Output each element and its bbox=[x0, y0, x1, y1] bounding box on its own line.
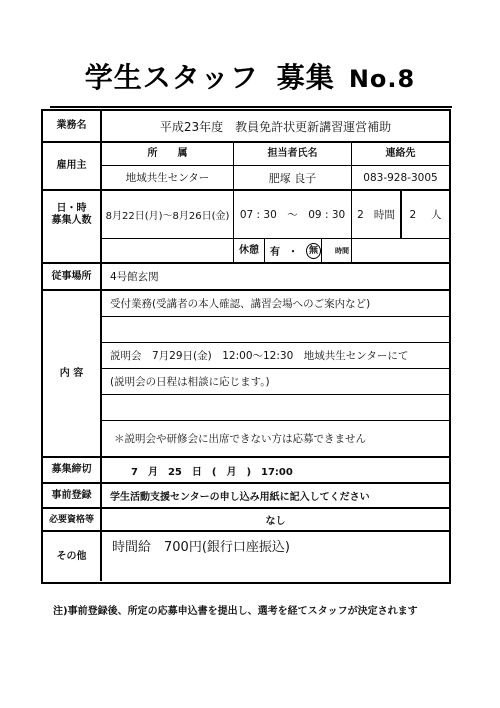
content-line-1: 受付業務(受講者の本人確認、講習会場へのご案内など) bbox=[102, 291, 449, 316]
break-yes-option[interactable]: 有 bbox=[270, 243, 280, 258]
schedule-label: 日・時 募集人数 bbox=[43, 191, 100, 262]
employer-header-person: 担当者氏名 bbox=[234, 143, 351, 165]
schedule-label-line1: 日・時 bbox=[57, 203, 87, 215]
employer-header-dept: 所 属 bbox=[102, 143, 233, 165]
people-number: 2 bbox=[409, 209, 416, 221]
content-line-4: (説明会の日程は相談に応じます。) bbox=[102, 369, 449, 394]
people-unit: 人 bbox=[431, 207, 442, 222]
schedule-hours: 2 時間 bbox=[352, 191, 400, 238]
other-label: その他 bbox=[43, 532, 100, 581]
schedule-dates: 8月22日(月)～8月26日(金) bbox=[102, 191, 233, 238]
hours-number: 2 bbox=[357, 209, 364, 221]
content-line-3: 説明会 7月29日(金) 12:00～12:30 地域共生センターにて bbox=[102, 343, 449, 368]
content-line-2 bbox=[102, 317, 449, 342]
col-divider bbox=[351, 191, 352, 262]
schedule-time: 07 : 30 ～ 09 : 30 bbox=[234, 191, 351, 238]
title-main: 学生スタッフ bbox=[85, 61, 259, 94]
schedule-people: 2 人 bbox=[402, 191, 449, 238]
other-value: 時間給 700円(銀行口座振込) bbox=[102, 532, 449, 581]
preregistration-value: 学生活動支援センターの申し込み用紙に記入してください bbox=[102, 484, 449, 507]
location-label: 従事場所 bbox=[43, 264, 100, 289]
title-underline bbox=[50, 106, 452, 108]
break-label: 休憩 bbox=[234, 239, 264, 262]
employer-label: 雇用主 bbox=[43, 143, 100, 189]
content-label: 内 容 bbox=[43, 291, 100, 456]
title-sub: 募集 bbox=[277, 61, 335, 94]
page-title: 学生スタッフ募集No.8 bbox=[0, 56, 500, 96]
qualifications-value: なし bbox=[102, 509, 449, 530]
schedule-label-line2: 募集人数 bbox=[52, 215, 92, 227]
content-line-6: ＊説明会や研修会に出席できない方は応募できません bbox=[102, 421, 449, 456]
location-value: 4号館玄関 bbox=[102, 264, 449, 289]
job-label: 業務名 bbox=[43, 111, 100, 141]
deadline-label: 募集締切 bbox=[43, 458, 100, 482]
content-line-5 bbox=[102, 395, 449, 420]
break-options: 有 ・ 無 bbox=[265, 239, 321, 262]
hours-unit: 時間 bbox=[374, 207, 395, 222]
col-divider bbox=[351, 143, 352, 189]
footnote: 注)事前登録後、所定の応募申込書を提出し、選考を経てスタッフが決定されます bbox=[53, 602, 418, 617]
qualifications-label: 必要資格等 bbox=[43, 509, 100, 530]
job-value: 平成23年度 教員免許状更新講習運営補助 bbox=[102, 111, 449, 141]
deadline-value: 7 月 25 日 ( 月 ) 17:00 bbox=[102, 458, 449, 482]
recruitment-table: 業務名 平成23年度 教員免許状更新講習運営補助 雇用主 所 属 担当者氏名 連… bbox=[41, 109, 451, 584]
separator-dot: ・ bbox=[288, 243, 298, 258]
employer-dept: 地域共生センター bbox=[102, 166, 233, 189]
employer-phone: 083-928-3005 bbox=[352, 166, 449, 189]
break-time-unit: 時間 bbox=[322, 239, 351, 262]
employer-header-contact: 連絡先 bbox=[352, 143, 449, 165]
break-no-option-circled[interactable]: 無 bbox=[306, 243, 321, 259]
preregistration-label: 事前登録 bbox=[43, 484, 100, 507]
employer-person: 肥塚 良子 bbox=[234, 166, 351, 189]
col-divider bbox=[233, 143, 234, 189]
title-number: No.8 bbox=[349, 65, 415, 93]
